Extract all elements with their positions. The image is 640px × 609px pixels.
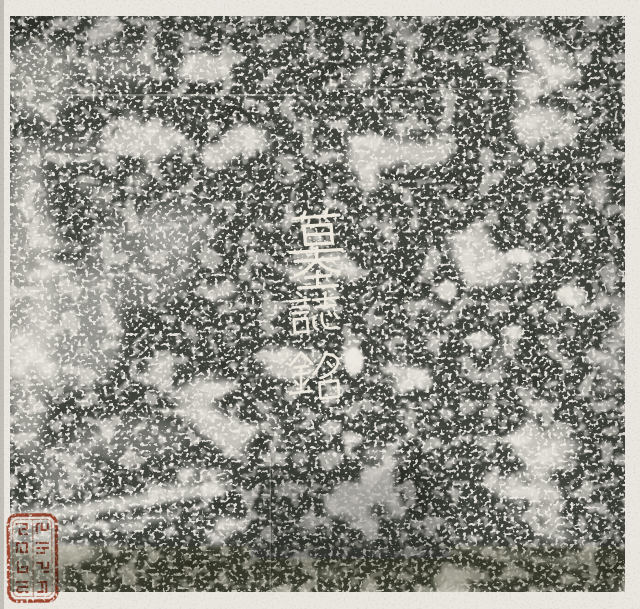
collector-seal-stamp bbox=[6, 512, 61, 605]
seal-graphic bbox=[6, 512, 61, 605]
photo-left-edge-shadow bbox=[0, 0, 4, 609]
rubbing-texture bbox=[0, 0, 640, 609]
epitaph-rubbing-photo: 墓 誌 銘 bbox=[0, 0, 640, 609]
